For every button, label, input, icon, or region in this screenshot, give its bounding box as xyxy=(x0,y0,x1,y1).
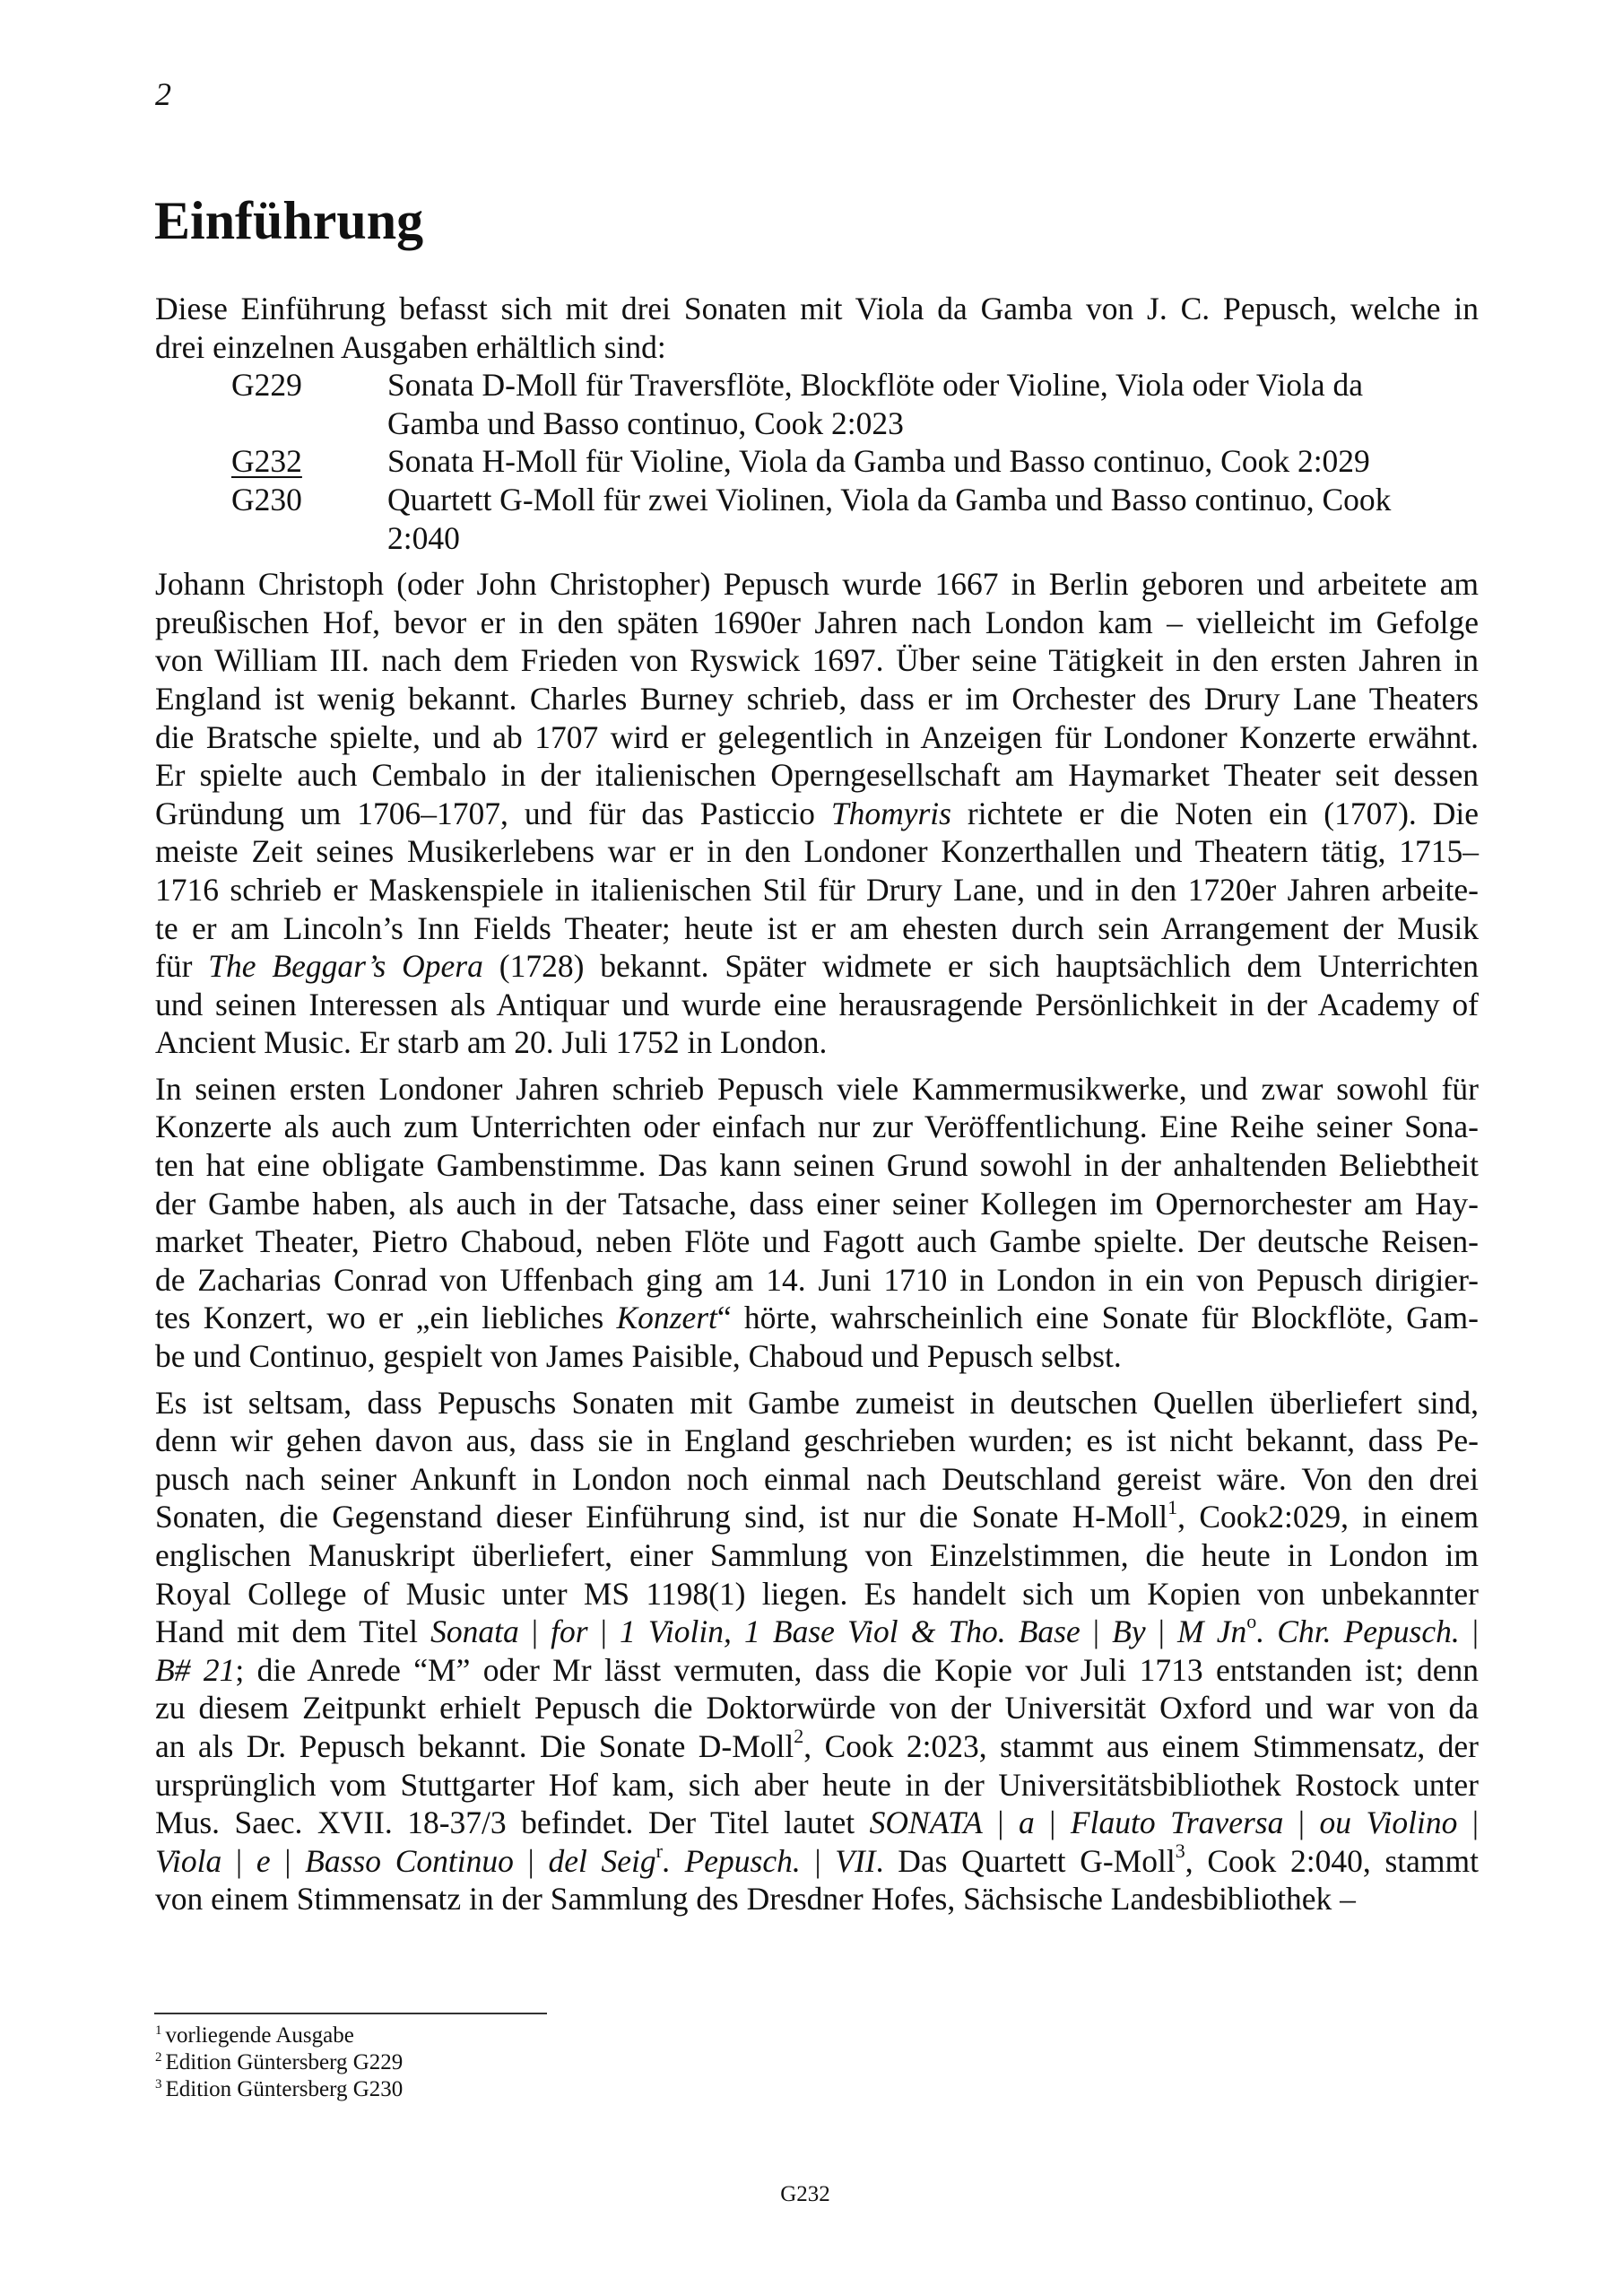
text-line: preußischen Hof, bevor er in den späten … xyxy=(155,604,1479,642)
footnote-reference: 1 xyxy=(1167,1496,1177,1518)
footnotes: 1vorliegende Ausgabe 2Edition Güntersber… xyxy=(155,2022,403,2103)
italic-title: . Chr. Pepusch. xyxy=(1256,1613,1460,1649)
edition-item-g232: G232 Sonata H-Moll für Violine, Viola da… xyxy=(155,442,1479,481)
footnote-text: vorliegende Ausgabe xyxy=(166,2023,354,2048)
text-line: Johann Christoph (oder John Christopher)… xyxy=(155,565,1479,604)
italic-title: ou Violino xyxy=(1319,1805,1457,1840)
footnote-1: 1vorliegende Ausgabe xyxy=(155,2022,403,2049)
text-line: Viola | e | Basso Continuo | del Seigr. … xyxy=(155,1842,1479,1881)
page-footer: G232 xyxy=(0,2182,1623,2207)
italic-title: a xyxy=(1019,1805,1035,1840)
footnote-mark: 1 xyxy=(155,2023,162,2038)
italic-title: M Jn xyxy=(1177,1613,1246,1649)
italic-title: Viola xyxy=(155,1843,221,1879)
edition-item-g230: G230 Quartett G-Moll für zwei Violinen, … xyxy=(155,481,1479,557)
text-line: Royal College of Music unter MS 1198(1) … xyxy=(155,1575,1479,1613)
edition-code-current: G232 xyxy=(155,442,387,481)
text-line: Ancient Music. Er starb am 20. Juli 1752… xyxy=(155,1023,1479,1062)
intro-paragraph: Diese Einführung befasst sich mit drei S… xyxy=(155,290,1479,557)
footnote-text: Edition Güntersberg G229 xyxy=(166,2050,404,2074)
italic-title: e xyxy=(256,1843,271,1879)
italic-title: The Beggar’s Opera xyxy=(208,948,483,984)
italic-title: B# 21 xyxy=(155,1652,235,1688)
italic-title: 1 Violin, 1 Base Viol & Tho. Base xyxy=(620,1613,1081,1649)
text-line: Sonata D-Moll für Traversflöte, Blockflö… xyxy=(387,366,1479,404)
italic-title: del Seig xyxy=(548,1843,655,1879)
edition-number: G232 xyxy=(780,2182,830,2206)
text-line: te er am Lincoln’s Inn Fields Theater; h… xyxy=(155,909,1479,948)
italic-title: Sonata xyxy=(430,1613,519,1649)
text-line: tes Konzert, wo er „ein liebliches Konze… xyxy=(155,1299,1479,1337)
paragraph-chamber-music: In seinen ersten Londoner Jahren schrieb… xyxy=(155,1070,1479,1376)
edition-description: Quartett G-Moll für zwei Violinen, Viola… xyxy=(387,481,1479,557)
text-line: und seinen Interessen als Antiquar und w… xyxy=(155,986,1479,1024)
footnote-mark: 2 xyxy=(155,2050,162,2065)
text-line: market Theater, Pietro Chaboud, neben Fl… xyxy=(155,1222,1479,1261)
text-line: Hand mit dem Titel Sonata | for | 1 Viol… xyxy=(155,1613,1479,1651)
text-line: Mus. Saec. XVII. 18-37/3 befindet. Der T… xyxy=(155,1804,1479,1842)
text-line: drei einzelnen Ausgaben erhältlich sind: xyxy=(155,328,1479,367)
page-title: Einführung xyxy=(154,194,423,248)
text-line: In seinen ersten Londoner Jahren schrieb… xyxy=(155,1070,1479,1109)
edition-code: G229 xyxy=(155,366,387,404)
text-line: meiste Zeit seines Musikerlebens war er … xyxy=(155,832,1479,871)
italic-title: By xyxy=(1112,1613,1145,1649)
text-line: an als Dr. Pepusch bekannt. Die Sonate D… xyxy=(155,1727,1479,1766)
text-line: ten hat eine obligate Gambenstimme. Das … xyxy=(155,1146,1479,1185)
footnote-reference: o xyxy=(1246,1610,1256,1632)
page-number: 2 xyxy=(155,75,171,113)
footnote-3: 3Edition Güntersberg G230 xyxy=(155,2076,403,2103)
text-line: der Gambe haben, als auch in der Tatsach… xyxy=(155,1185,1479,1223)
edition-code: G230 xyxy=(155,481,387,519)
text-line: Konzerte als auch zum Unterrichten oder … xyxy=(155,1108,1479,1146)
document-body: Diese Einführung befasst sich mit drei S… xyxy=(155,290,1479,1926)
italic-title: Basso Continuo xyxy=(305,1843,514,1879)
edition-item-g229: G229 Sonata D-Moll für Traversflöte, Blo… xyxy=(155,366,1479,442)
footnote-divider xyxy=(154,2013,547,2014)
edition-description: Sonata D-Moll für Traversflöte, Blockflö… xyxy=(387,366,1479,442)
italic-title: . Pepusch. xyxy=(663,1843,801,1879)
footnote-mark: 3 xyxy=(155,2077,162,2092)
text-line: Er spielte auch Cembalo in der italienis… xyxy=(155,756,1479,795)
text-line: ursprünglich vom Stuttgarter Hof kam, si… xyxy=(155,1766,1479,1805)
edition-description: Sonata H-Moll für Violine, Viola da Gamb… xyxy=(387,442,1479,481)
paragraph-sources: Es ist seltsam, dass Pepuschs Sonaten mi… xyxy=(155,1384,1479,1918)
italic-title: for xyxy=(551,1613,587,1649)
text-line: 2:040 xyxy=(387,519,1479,558)
text-line: die Bratsche spielte, und ab 1707 wird e… xyxy=(155,718,1479,757)
text-line: Es ist seltsam, dass Pepuschs Sonaten mi… xyxy=(155,1384,1479,1422)
text-line: England ist wenig bekannt. Charles Burne… xyxy=(155,680,1479,718)
text-line: für The Beggar’s Opera (1728) bekannt. S… xyxy=(155,947,1479,986)
text-line: Quartett G-Moll für zwei Violinen, Viola… xyxy=(387,481,1479,519)
text-line: von einem Stimmensatz in der Sammlung de… xyxy=(155,1880,1479,1918)
text-line: Gamba und Basso continuo, Cook 2:023 xyxy=(387,404,1479,443)
italic-title: Thomyris xyxy=(831,796,951,831)
text-line: Sonata H-Moll für Violine, Viola da Gamb… xyxy=(387,442,1479,481)
footnote-reference: r xyxy=(656,1839,663,1862)
footnote-2: 2Edition Güntersberg G229 xyxy=(155,2049,403,2076)
text-line: englischen Manuskript überliefert, einer… xyxy=(155,1536,1479,1575)
italic-title: SONATA xyxy=(870,1805,983,1840)
footnote-reference: 3 xyxy=(1176,1839,1185,1862)
text-line: 1716 schrieb er Maskenspiele in italieni… xyxy=(155,871,1479,909)
footnote-text: Edition Güntersberg G230 xyxy=(166,2077,404,2101)
text-line: pusch nach seiner Ankunft in London noch… xyxy=(155,1460,1479,1499)
text-line: zu diesem Zeitpunkt erhielt Pepusch die … xyxy=(155,1689,1479,1727)
text-line: be und Continuo, gespielt von James Pais… xyxy=(155,1337,1479,1376)
text-line: Gründung um 1706–1707, und für das Pasti… xyxy=(155,795,1479,833)
edition-list: G229 Sonata D-Moll für Traversflöte, Blo… xyxy=(155,366,1479,557)
text-line: de Zacharias Conrad von Uffenbach ging a… xyxy=(155,1261,1479,1300)
italic-title: Flauto Traversa xyxy=(1071,1805,1283,1840)
text-line: von William III. nach dem Frieden von Ry… xyxy=(155,641,1479,680)
text-line: denn wir gehen davon aus, dass sie in En… xyxy=(155,1422,1479,1460)
paragraph-biography: Johann Christoph (oder John Christopher)… xyxy=(155,565,1479,1062)
italic-title: Konzert xyxy=(616,1300,716,1335)
footnote-reference: 2 xyxy=(794,1725,803,1747)
text-line: B# 21; die Anrede “M” oder Mr lässt verm… xyxy=(155,1651,1479,1690)
text-line: Sonaten, die Gegenstand dieser Einführun… xyxy=(155,1498,1479,1536)
italic-title: VII xyxy=(835,1843,875,1879)
text-line: Diese Einführung befasst sich mit drei S… xyxy=(155,290,1479,328)
